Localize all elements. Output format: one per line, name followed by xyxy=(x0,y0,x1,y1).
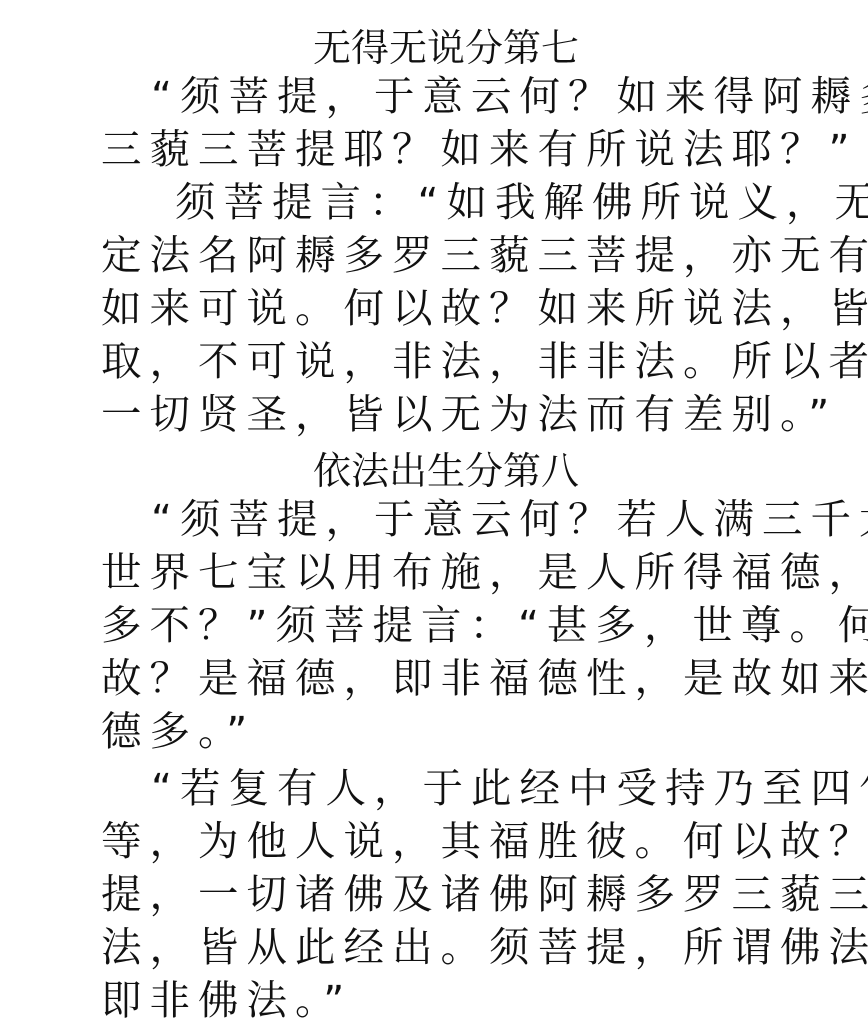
text-line: 定法名阿耨多罗三藐三菩提，亦无有定法 xyxy=(101,229,791,282)
text-line: 世界七宝以用布施，是人所得福德，宁为 xyxy=(101,546,791,599)
paragraph: “须菩提，于意云何？如来得阿耨多罗 三藐三菩提耶？如来有所说法耶？” xyxy=(101,70,791,176)
text-line: “须菩提，于意云何？若人满三千大千 xyxy=(101,493,791,546)
section-7: 无得无说分第七 “须菩提，于意云何？如来得阿耨多罗 三藐三菩提耶？如来有所说法耶… xyxy=(101,20,791,441)
text-line: “若复有人，于此经中受持乃至四句偈 xyxy=(101,762,791,815)
paragraph: “须菩提，于意云何？若人满三千大千 世界七宝以用布施，是人所得福德，宁为 多不？… xyxy=(101,493,791,758)
section-title: 无得无说分第七 xyxy=(101,20,791,76)
text-line: 德多。” xyxy=(101,705,791,758)
paragraph: 须菩提言：“如我解佛所说义，无有 定法名阿耨多罗三藐三菩提，亦无有定法 如来可说… xyxy=(101,176,791,441)
section-8: 依法出生分第八 “须菩提，于意云何？若人满三千大千 世界七宝以用布施，是人所得福… xyxy=(101,443,791,1024)
text-line: 三藐三菩提耶？如来有所说法耶？” xyxy=(101,123,791,176)
text-line: 法，皆从此经出。须菩提，所谓佛法者， xyxy=(101,921,791,974)
paragraph: “若复有人，于此经中受持乃至四句偈 等，为他人说，其福胜彼。何以故？须菩 提，一… xyxy=(101,762,791,1024)
text-line: 须菩提言：“如我解佛所说义，无有 xyxy=(101,176,791,229)
text-line: 提，一切诸佛及诸佛阿耨多罗三藐三菩提 xyxy=(101,868,791,921)
document-page: 无得无说分第七 “须菩提，于意云何？如来得阿耨多罗 三藐三菩提耶？如来有所说法耶… xyxy=(101,20,791,1024)
text-line: “须菩提，于意云何？如来得阿耨多罗 xyxy=(101,70,791,123)
text-line: 即非佛法。” xyxy=(101,974,791,1024)
text-line: 等，为他人说，其福胜彼。何以故？须菩 xyxy=(101,815,791,868)
text-line: 多不？”须菩提言：“甚多，世尊。何以 xyxy=(101,599,791,652)
text-line: 取，不可说，非法，非非法。所以者何？ xyxy=(101,335,791,388)
text-line: 一切贤圣，皆以无为法而有差别。” xyxy=(101,388,791,441)
text-line: 如来可说。何以故？如来所说法，皆不可 xyxy=(101,282,791,335)
text-line: 故？是福德，即非福德性，是故如来说福 xyxy=(101,652,791,705)
section-title: 依法出生分第八 xyxy=(101,443,791,499)
